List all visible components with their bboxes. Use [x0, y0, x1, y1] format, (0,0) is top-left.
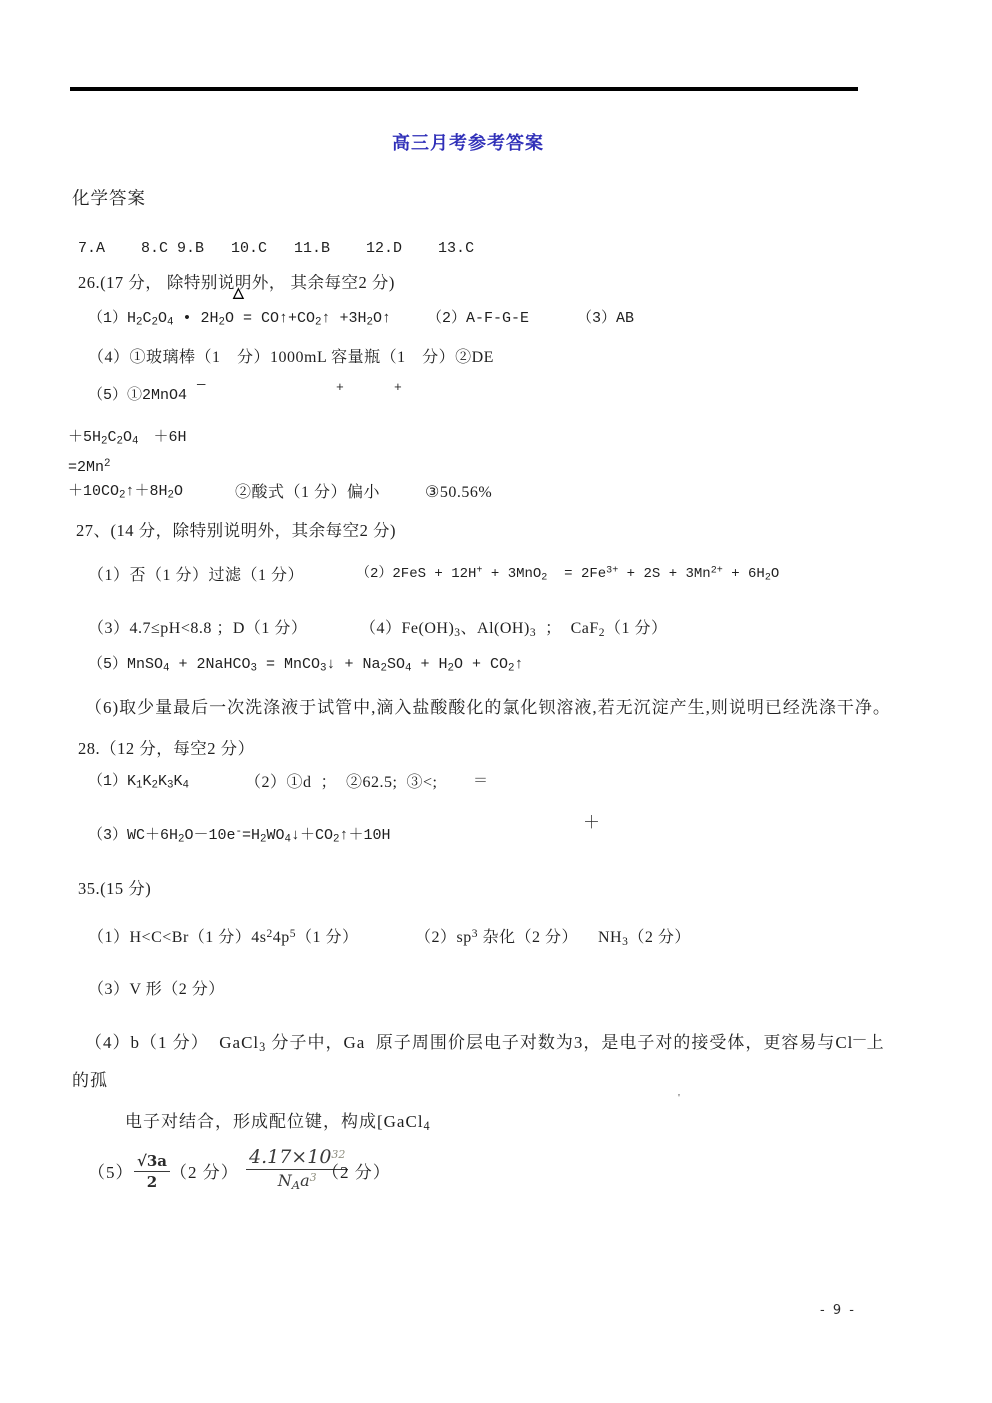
q26-equation-cont-3: ＋10CO2↑＋8H2O [68, 483, 183, 502]
q35-answer-2: （2）sp3 杂化（2 分） [415, 928, 578, 948]
q35-answer-5-label: （5） [88, 1162, 134, 1183]
q26-answer-3: （3）AB [577, 310, 634, 329]
q35-answer-4: （4）b（1 分） GaCl3 分子中，Ga 原子周围价层电子对数为3，是电子对… [85, 1032, 885, 1053]
document-page: 高三月考参考答案 化学答案 7.A 8.C 9.B 10.C 11.B 12.D… [0, 0, 992, 1403]
q26-answer-percent: ③50.56% [425, 483, 492, 503]
q27-header: 27、(14 分，除特别说明外，其余每空2 分) [76, 521, 396, 542]
superscript-plus-float-2: + [394, 380, 402, 396]
triangle-marker: △ [233, 285, 244, 302]
q26-answer-5: （5）①2MnO4 [88, 387, 187, 406]
q28-answer-1: （1）K1K2K3K4 [88, 773, 189, 792]
fraction-sqrt3a-over-2: √3a 2 [134, 1152, 170, 1191]
q35-answer-5-score-1: （2 分） [170, 1162, 239, 1183]
q28-header: 28.（12 分，每空2 分） [78, 739, 255, 760]
fraction-numerator: √3a [134, 1152, 170, 1172]
q26-equation-cont-2: =2Mn2 [68, 459, 111, 478]
superscript-plus-float-3: ＋ [583, 814, 600, 835]
q35-answer-4-cont: 的孤 [72, 1070, 108, 1091]
subject-header: 化学答案 [72, 188, 146, 210]
q35-answer-2b: NH3（2 分） [598, 928, 691, 948]
q27-answer-3: （3）4.7≤pH<8.8 ；D（1 分） [88, 619, 307, 639]
q26-answer-4: （4）①玻璃棒（1 分）1000mL 容量瓶（1 分）②DE [88, 348, 494, 368]
q27-answer-1: （1）否（1 分）过滤（1 分） [88, 566, 304, 586]
page-number: - 9 - [820, 1303, 856, 1318]
q28-answer-2: （2）①d ； ②62.5; ③<; [245, 773, 437, 793]
top-rule [70, 87, 858, 91]
q26-answer-1: （1）H2C2O4 • 2H2O = CO↑+CO2↑ +3H2O↑ [88, 310, 391, 329]
q27-answer-2-equation: （2）2FeS + 12H+ + 3MnO2 = 2Fe3+ + 2S + 3M… [356, 566, 779, 584]
q27-answer-5-equation: （5）MnSO4 + 2NaHCO3 = MnCO3↓ + Na2SO4 + H… [88, 656, 524, 675]
q28-answer-2-equals: ＝ [473, 773, 488, 792]
q35-answer-1: （1）H<C<Br（1 分）4s24p5（1 分） [88, 928, 359, 948]
q26-equation-cont-1: ＋5H2C2O4 ＋6H [68, 429, 187, 448]
q35-answer-line-1: （1）H<C<Br（1 分）4s24p5（1 分） （2）sp3 杂化（2 分）… [0, 928, 992, 1028]
stray-prime-mark: ' [678, 1092, 680, 1104]
q27-answer-6: （6)取少量最后一次洗涤液于试管中,滴入盐酸酸化的氯化钡溶液,若无沉淀产生,则说… [85, 697, 891, 718]
q35-answer-3: （3）V 形（2 分） [88, 980, 225, 1000]
q35-answer-5-score-2: （2 分） [322, 1162, 391, 1183]
q26-answer-acid: ②酸式（1 分）偏小 [235, 483, 380, 503]
superscript-plus-float-1: + [336, 380, 344, 396]
page-title: 高三月考参考答案 [392, 132, 544, 155]
q27-answer-4: （4）Fe(OH)3、Al(OH)3 ； CaF2（1 分） [360, 619, 668, 639]
q26-answer-2: （2）A-F-G-E [427, 310, 529, 329]
q28-answer-3-equation: （3）WC＋6H2O－10e-=H2WO4↓＋CO2↑＋10H [88, 827, 391, 846]
choice-answers-row: 7.A 8.C 9.B 10.C 11.B 12.D 13.C [78, 240, 474, 259]
superscript-minus-float: — [197, 377, 205, 395]
q35-answer-4-cont2: 电子对结合，形成配位键，构成[GaCl4 [125, 1111, 431, 1132]
q35-header: 35.(15 分) [78, 879, 151, 900]
fraction-denominator: 2 [134, 1172, 170, 1191]
